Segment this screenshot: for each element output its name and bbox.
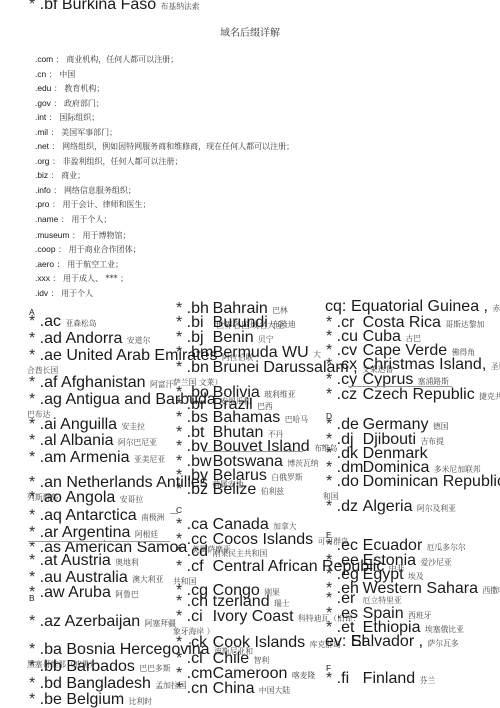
domain-entry: cq:Equatorial Guinea , 赤道几内亚 — [325, 302, 500, 314]
suffix-code: .coop — [35, 244, 56, 254]
domain-code: .bh — [187, 304, 213, 314]
suffix-row: .info ： 网络信息服务组织； — [35, 183, 294, 198]
country-name: Salvador , — [351, 633, 427, 650]
domain-code: .er — [337, 594, 363, 604]
suffix-row: .com ： 商业机构，任何人都可以注册； — [35, 52, 294, 67]
domain-entry: * .ao Angola 安哥拉 — [29, 493, 143, 505]
country-name: Belgium — [62, 691, 129, 708]
country-name: Burkina Faso — [57, 0, 160, 13]
suffix-description: 非盈利组织，任何人都可以注册； — [63, 157, 183, 166]
suffix-row: .org ： 非盈利组织，任何人都可以注册； — [35, 154, 294, 169]
country-name-cn: 伯利兹 — [261, 487, 284, 496]
domain-entry: * .ai Anguilla 安圭拉 — [29, 420, 145, 432]
country-name: Algeria — [363, 498, 417, 515]
suffix-code: .museum — [35, 230, 69, 240]
domain-entry: * .fiFinland 芬兰 — [326, 674, 435, 686]
suffix-separator: ： — [53, 55, 66, 64]
country-name: Czech Republic — [363, 386, 480, 403]
country-name-cn: 大 — [313, 350, 321, 359]
domain-entry: * .be Belgium 比利时 — [29, 695, 152, 707]
domain-code: .ao — [40, 489, 62, 506]
domain-code: .ci — [187, 612, 213, 622]
country-name-cn: 赤道几内亚 — [492, 304, 500, 313]
domain-code: .cz — [337, 390, 363, 400]
bullet-icon: * — [29, 432, 40, 449]
domain-entry: * .bb Barbados 巴巴多斯 — [29, 662, 171, 674]
domain-code: .ba — [40, 641, 62, 658]
bullet-icon: * — [176, 558, 187, 575]
suffix-row: .name ： 用于个人； — [35, 212, 294, 227]
country-name-cn: 厄瓜多尔尔 — [427, 543, 466, 552]
suffix-description: 用于成人、 *** ； — [63, 274, 128, 283]
domain-entry: * .ad Andorra 安道尔 — [29, 334, 150, 346]
country-name-cn: 哥斯达黎加 — [445, 320, 484, 329]
country-name: Angola — [62, 489, 120, 506]
suffix-code: .mil — [35, 127, 48, 137]
country-name: Anguilla — [57, 416, 122, 433]
country-name-cn: 圣诞岛 — [491, 362, 500, 371]
domain-code: .bt — [187, 428, 213, 438]
suffix-description: 教育机构； — [64, 84, 104, 93]
country-name-cn: 加拿大 — [273, 522, 296, 531]
domain-entry: * .aq Antarctica 南极洲 — [29, 511, 164, 523]
bullet-icon: * — [29, 507, 40, 524]
country-name-cn: 捷克共和国 — [479, 392, 500, 401]
domain-code: .af — [40, 374, 58, 391]
suffix-code: .name — [35, 214, 58, 224]
domain-code: .bs — [187, 413, 213, 423]
country-name: Antarctica — [62, 507, 141, 524]
country-name: China — [213, 680, 259, 697]
bullet-icon: * — [176, 608, 187, 625]
suffix-row: .coop ： 用于商业合作团体； — [35, 242, 294, 257]
divider-line — [28, 541, 170, 542]
domain-code: .cm — [187, 669, 213, 679]
country-name: Afghanistan — [57, 374, 150, 391]
domain-code: .cy — [337, 375, 363, 385]
bullet-icon: * — [29, 613, 40, 630]
country-name-cn: 西撒哈拉 — [482, 586, 500, 595]
domain-entry: * .doDominican Republic 多米尼加共 — [326, 477, 500, 489]
suffix-description: 网络组织，例如因特网服务商和维修商，现在任何人都可以注册； — [62, 142, 294, 151]
country-name-cn: 德国 — [433, 422, 449, 431]
bullet-icon: * — [29, 675, 40, 692]
domain-code: .ch — [187, 597, 213, 607]
country-name-cn: 亚森松岛 — [65, 319, 96, 328]
country-name: Aruba — [65, 584, 116, 601]
domain-code: .ai — [40, 416, 57, 433]
domain-code: .bj — [187, 333, 213, 343]
domain-code: .es — [337, 609, 363, 619]
bullet-icon: * — [29, 449, 40, 466]
domain-code: .by — [187, 471, 213, 481]
domain-code: .ag — [40, 391, 62, 408]
divider-line — [320, 445, 326, 446]
country-name-cn: 瑞士 — [274, 599, 290, 608]
generic-suffix-list: .com ： 商业机构，任何人都可以注册；.cn ： 中国.edu ： 教育机构… — [35, 52, 294, 300]
suffix-separator: ： — [54, 260, 67, 269]
country-name-cn: 澳大利亚 — [132, 575, 163, 584]
suffix-description: 用于博物馆； — [83, 231, 131, 240]
country-name: Ivory Coast — [213, 608, 298, 625]
domain-code: .dm — [337, 463, 363, 473]
divider-line — [203, 451, 303, 452]
domain-code: .ck — [187, 638, 213, 648]
domain-entry: * .af Afghanistan 阿富汗 — [29, 378, 173, 390]
suffix-code: .int — [35, 112, 46, 122]
suffix-description: 国际组织； — [59, 113, 99, 122]
domain-code: .bd — [40, 675, 62, 692]
country-name: Austria — [57, 552, 115, 569]
bullet-icon: * — [29, 489, 40, 506]
suffix-description: 商业； — [61, 171, 85, 180]
domain-entry: * .ckCook Islands 库克群岛 — [176, 638, 341, 650]
bullet-icon: * — [176, 680, 187, 697]
suffix-row: .xxx ： 用于成人、 *** ； — [35, 271, 294, 286]
country-name-cn: 比利时 — [129, 697, 152, 706]
suffix-row: .cn ： 中国 — [35, 67, 294, 82]
domain-entry: * .ac 亚森松岛 — [29, 317, 97, 329]
country-name-cn: 安圭拉 — [122, 422, 145, 431]
domain-code: .do — [337, 477, 363, 487]
suffix-row: .aero ： 用于航空工业； — [35, 257, 294, 272]
country-name-cn: 南极洲 — [141, 513, 164, 522]
suffix-separator: ： — [51, 99, 64, 108]
country-name: Bangladesh — [62, 675, 155, 692]
suffix-description: 用于会计、律师和医生； — [63, 200, 151, 209]
country-name: Azerbaijan — [61, 613, 145, 630]
country-name-cn: 阿尔巴尼亚 — [118, 438, 157, 447]
suffix-separator: ： — [49, 157, 62, 166]
domain-entry: * .cnChina 中国大陆 — [176, 684, 290, 696]
domain-entry: * .bf Burkina Faso 布基纳法索 — [29, 0, 200, 12]
suffix-row: .gov ： 政府部门； — [35, 96, 294, 111]
suffix-description: 中国 — [59, 70, 75, 79]
suffix-separator: ： — [49, 142, 62, 151]
suffix-code: .net — [35, 141, 49, 151]
suffix-row: .int ： 国际组织； — [35, 110, 294, 125]
country-name-cn: 巴巴多斯 — [139, 664, 170, 673]
bullet-icon: * — [29, 330, 40, 347]
suffix-code: .pro — [35, 199, 49, 209]
domain-code: .ee — [337, 556, 363, 566]
bullet-icon: * — [326, 498, 337, 515]
page-title: 域名后缀详解 — [0, 24, 500, 39]
country-name-cn: 塞浦路斯 — [418, 377, 449, 386]
domain-code: .cd — [187, 547, 213, 557]
domain-entry: * .at Austria 奥地利 — [29, 556, 139, 568]
suffix-description: 用于个人 — [61, 289, 93, 298]
suffix-row: .mil ： 美国军事部门； — [35, 125, 294, 140]
suffix-code: .cn — [35, 69, 46, 79]
domain-code: .bz — [187, 485, 213, 495]
domain-code: .bb — [40, 658, 62, 675]
suffix-row: .idv ： 用于个人 — [35, 286, 294, 301]
suffix-description: 网络信息服务组织； — [64, 186, 136, 195]
country-name: Cocos Islands — [213, 531, 318, 548]
domain-code: .cf — [187, 562, 213, 572]
bullet-icon: * — [29, 658, 40, 675]
bullet-icon: * — [29, 313, 40, 330]
country-name: Dominican Republic — [363, 473, 500, 490]
domain-entry: * .aw Aruba 阿鲁巴 — [29, 588, 139, 600]
country-name-cn: 阿富汗 — [150, 380, 173, 389]
bullet-icon: * — [29, 552, 40, 569]
bullet-icon: * — [29, 391, 40, 408]
country-name-cn: 巴哈马 — [285, 415, 308, 424]
suffix-separator: ： — [56, 245, 69, 254]
country-name-cn: 智利 — [254, 656, 270, 665]
country-name-cn: 布基纳法索 — [161, 2, 200, 11]
suffix-code: .xxx — [35, 273, 50, 283]
country-name-cn: 阿尔及利亚 — [417, 504, 456, 513]
suffix-separator: ： — [48, 128, 61, 137]
bullet-icon: * — [326, 386, 337, 403]
country-name: Albania — [57, 432, 118, 449]
domain-code: .aq — [40, 507, 62, 524]
suffix-code: .info — [35, 185, 51, 195]
country-name-cn: 亚美尼亚 — [134, 455, 165, 464]
country-name-cn: 喀麦隆 — [292, 671, 315, 680]
country-name-cn: 贝宁 — [258, 335, 274, 344]
suffix-separator: ： — [48, 171, 61, 180]
bullet-icon: * — [176, 359, 187, 376]
country-name-cn: 埃塞俄比亚 — [425, 625, 464, 634]
domain-code: .az — [40, 613, 61, 630]
domain-code: .eg — [337, 570, 363, 580]
country-name-cn: 爱沙尼亚 — [420, 558, 451, 567]
suffix-description: 政府部门； — [64, 99, 104, 108]
country-name-cn: 玻利维亚 — [264, 390, 295, 399]
suffix-row: .net ： 网络组织，例如因特网服务商和维修商，现在任何人都可以注册； — [35, 139, 294, 154]
suffix-separator: ： — [48, 289, 61, 298]
domain-code: .de — [337, 420, 363, 430]
suffix-description: 商业机构，任何人都可以注册； — [66, 55, 178, 64]
domain-code: .cu — [337, 332, 363, 342]
suffix-description: 用于航空工业； — [67, 260, 123, 269]
country-name-cn: 刚果民主共和国 — [213, 549, 268, 558]
domain-entry: * .bd Bangladesh 孟加拉国 — [29, 679, 187, 691]
bullet-icon: * — [29, 0, 40, 13]
bullet-icon: * — [176, 481, 187, 498]
country-name-cn: 阿根廷 — [135, 530, 158, 539]
country-name: Equatorial Guinea , — [351, 298, 492, 315]
domain-code: .ac — [40, 313, 61, 330]
domain-code: .ca — [187, 520, 213, 530]
suffix-separator: ： — [46, 70, 59, 79]
suffix-separator: ： — [49, 200, 62, 209]
domain-code: .at — [40, 552, 58, 569]
country-name-cn: 巴林 — [272, 306, 288, 315]
domain-code: .cr — [337, 318, 363, 328]
domain-code: .bi — [187, 318, 213, 328]
country-name-cn: 奥地利 — [115, 558, 138, 567]
suffix-separator: ： — [51, 84, 64, 93]
country-name-cn: 芬兰 — [420, 676, 436, 685]
country-name-cn: 阿鲁巴 — [115, 590, 138, 599]
domain-code: .bf — [40, 0, 58, 13]
suffix-separator: ： — [51, 186, 64, 195]
domain-entry: * .am Armenia 亚美尼亚 — [29, 453, 165, 465]
country-name-cn: 阿塞拜疆 — [145, 619, 176, 628]
domain-code: .dz — [337, 502, 363, 512]
suffix-separator: ： — [58, 215, 71, 224]
country-name-cn: 博茨瓦纳 — [287, 459, 318, 468]
domain-code: .fi — [337, 674, 363, 684]
domain-code: .dj — [337, 435, 363, 445]
divider-line — [348, 386, 452, 387]
country-name: Belize — [213, 481, 261, 498]
suffix-description: 用于商业合作团体； — [69, 245, 141, 254]
suffix-description: 美国军事部门； — [61, 128, 117, 137]
country-name-cn: 厄立特里亚 — [363, 596, 402, 605]
bullet-icon: * — [29, 691, 40, 708]
domain-code: .bm — [187, 348, 213, 358]
domain-code: .aw — [40, 584, 65, 601]
domain-code: .et — [337, 623, 363, 633]
country-name: Cook Islands — [213, 634, 310, 651]
bullet-icon: * — [29, 641, 40, 658]
bullet-icon: * — [29, 584, 40, 601]
bullet-icon: * — [29, 416, 40, 433]
country-name-cn: 布隆迪 — [272, 320, 295, 329]
domain-code: .cn — [187, 684, 213, 694]
bullet-icon: * — [326, 473, 337, 490]
suffix-description: 用于个人； — [71, 215, 111, 224]
country-name: Armenia — [66, 449, 134, 466]
domain-code: .bw — [187, 457, 213, 467]
domain-entry: * .bzBelize 伯利兹 — [176, 485, 284, 497]
country-name-cn: 白俄罗斯 — [271, 473, 302, 482]
suffix-row: .edu ： 教育机构； — [35, 81, 294, 96]
domain-code: .al — [40, 432, 57, 449]
domain-code: .cx — [337, 360, 363, 370]
domain-entry: * .az Azerbaijan 阿塞拜疆 — [29, 617, 176, 629]
country-name: Andorra — [62, 330, 127, 347]
domain-code: .ec — [337, 541, 363, 551]
domain-code: .cl — [187, 654, 213, 664]
domain-code: .bn — [187, 363, 213, 373]
suffix-row: .museum ： 用于博物馆； — [35, 228, 294, 243]
suffix-code: .idv — [35, 288, 48, 298]
country-name: Barbados — [62, 658, 139, 675]
domain-code: .dk — [337, 449, 363, 459]
bullet-icon: * — [176, 634, 187, 651]
bullet-icon: * — [326, 670, 337, 687]
domain-code: .ad — [40, 330, 62, 347]
domain-code: .cv — [337, 346, 363, 356]
suffix-separator: ： — [69, 231, 82, 240]
domain-code: .am — [40, 449, 67, 466]
suffix-code: .org — [35, 156, 49, 166]
suffix-separator: ： — [46, 113, 59, 122]
divider-line — [170, 513, 178, 514]
suffix-code: .aero — [35, 259, 54, 269]
suffix-code: .com — [35, 54, 53, 64]
domain-entry: * .dzAlgeria 阿尔及利亚 — [326, 502, 456, 514]
suffix-row: .biz ： 商业； — [35, 168, 294, 183]
domain-code: ev: El — [325, 637, 351, 647]
country-name: Finland — [363, 670, 420, 687]
bullet-icon: * — [29, 347, 40, 364]
domain-entry: ev: ElSalvador , 萨尔瓦多 — [325, 637, 459, 649]
country-name-cn: 中国大陆 — [259, 686, 290, 695]
domain-code: cq: — [325, 302, 351, 312]
suffix-code: .edu — [35, 83, 51, 93]
country-name-cn: 安哥拉 — [120, 495, 143, 504]
country-name-cn: 安道尔 — [127, 336, 150, 345]
domain-entry: * .al Albania 阿尔巴尼亚 — [29, 436, 157, 448]
suffix-code: .gov — [35, 98, 51, 108]
domain-entry: * .czCzech Republic 捷克共和国 — [326, 390, 500, 402]
suffix-row: .pro ： 用于会计、律师和医生； — [35, 197, 294, 212]
domain-code: .be — [40, 691, 62, 708]
suffix-separator: ： — [50, 274, 63, 283]
bullet-icon: * — [29, 374, 40, 391]
suffix-code: .biz — [35, 170, 48, 180]
country-name-cn: 萨尔瓦多 — [427, 639, 458, 648]
domain-code: .ae — [40, 347, 62, 364]
